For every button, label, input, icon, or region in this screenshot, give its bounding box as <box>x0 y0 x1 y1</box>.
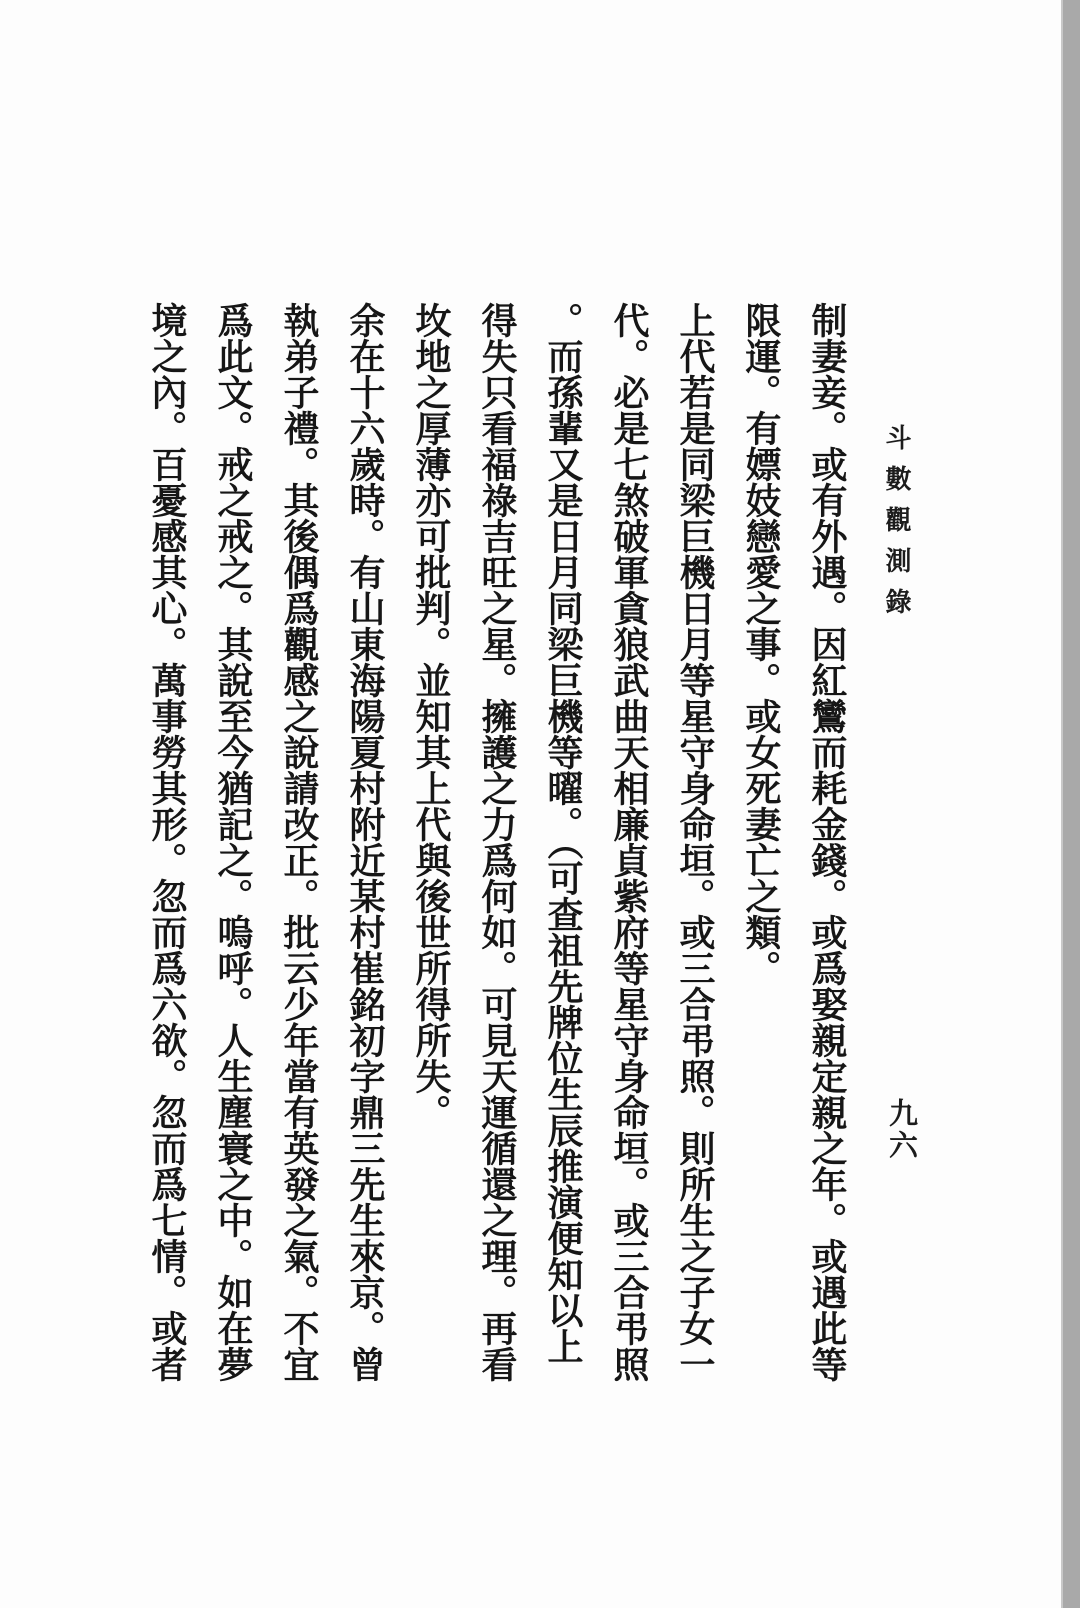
page-number: 九六 <box>882 1098 923 1162</box>
text-column: 上代若是同梁巨機日月等星守身命垣。或三合弔照。則所生之子女一 <box>662 302 728 1394</box>
text-column: 限運。有嫖妓戀愛之事。或女死妻亡之類。 <box>728 302 794 1394</box>
text-column: 執弟子禮。其後偶爲觀感之說請改正。批云少年當有英發之氣。不宜 <box>266 302 332 1394</box>
text-column: 爲此文。戒之戒之。其說至今猶記之。嗚呼。人生塵寰之中。如在夢 <box>200 302 266 1394</box>
text-block: 制妻妾。或有外遇。因紅鸞而耗金錢。或爲娶親定親之年。或遇此等 限運。有嫖妓戀愛之… <box>134 302 860 1394</box>
scanner-edge-strip <box>1061 0 1080 1608</box>
running-title: 斗數觀測錄 <box>878 424 915 629</box>
text-column: 制妻妾。或有外遇。因紅鸞而耗金錢。或爲娶親定親之年。或遇此等 <box>794 302 860 1394</box>
text-column: 坆地之厚薄亦可批判。並知其上代與後世所得所失。 <box>398 302 464 1394</box>
text-column: 得失只看福祿吉旺之星。擁護之力爲何如。可見天運循還之理。再看 <box>464 302 530 1394</box>
text-column: 境之內。百憂感其心。萬事勞其形。忽而爲六欲。忽而爲七情。或者 <box>134 302 200 1394</box>
text-column: 余在十六歲時。有山東海陽夏村附近某村崔銘初字鼎三先生來京。曾 <box>332 302 398 1394</box>
scanned-book-page: 斗數觀測錄 九六 制妻妾。或有外遇。因紅鸞而耗金錢。或爲娶親定親之年。或遇此等 … <box>0 0 1080 1608</box>
text-column: 。而孫輩又是日月同梁巨機等曜。（可查祖先牌位生辰推演便知以上 <box>530 302 596 1394</box>
text-column: 代。必是七煞破軍貪狼武曲天相廉貞紫府等星守身命垣。或三合弔照 <box>596 302 662 1394</box>
